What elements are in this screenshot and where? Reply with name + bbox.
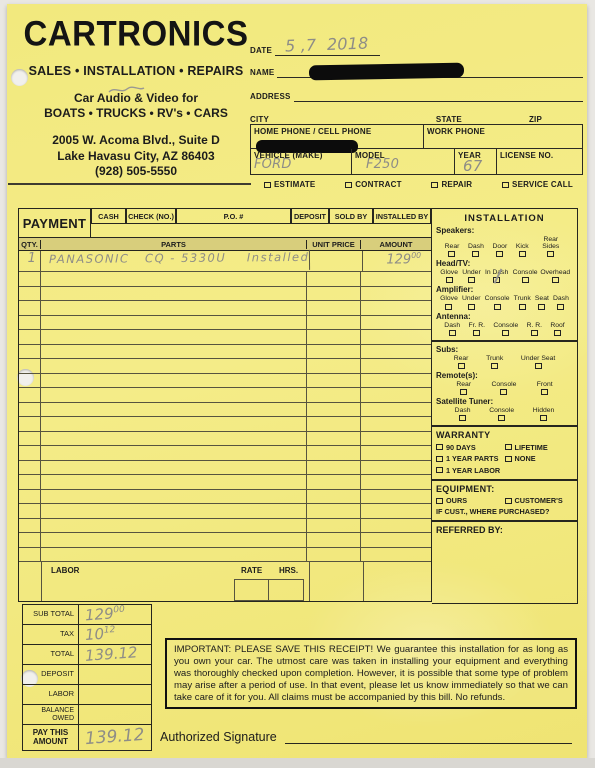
checkbox-icon [491, 363, 498, 369]
guarantee-notice: IMPORTANT: PLEASE SAVE THIS RECEIPT! We … [165, 638, 577, 709]
option-label: Rear [456, 381, 471, 388]
checkbox-icon [522, 277, 529, 283]
equipment-option-label: CUSTOMER'S [515, 496, 563, 505]
head-tv-label: Head/TV: [436, 259, 573, 268]
speakers-group: Speakers: RearDashDoorKickRear Sides [436, 226, 573, 257]
option-label: Under [462, 269, 481, 276]
empty-qty-cell [19, 461, 41, 475]
balance-owed-row: BALANCE OWED [22, 705, 152, 725]
checkbox-icon [498, 415, 505, 421]
antenna-group: Antenna: DashFr. R.ConsoleR. R.Roof [436, 312, 573, 336]
total-label: TOTAL [23, 645, 79, 664]
labor-total-label: LABOR [23, 685, 79, 704]
option-label: Seat [535, 295, 549, 302]
section-divider [432, 479, 577, 481]
checkbox-icon [446, 277, 453, 283]
warranty-option-label: 1 YEAR LABOR [446, 466, 500, 475]
empty-qty-cell [19, 388, 41, 402]
labor-total-value [79, 685, 151, 704]
empty-qty-cell [19, 519, 41, 533]
installed-by-header: INSTALLED BY [373, 209, 431, 224]
empty-table-row [19, 374, 431, 389]
empty-qty-cell [19, 446, 41, 460]
checkbox-icon [519, 304, 526, 310]
empty-parts-cell [41, 316, 307, 330]
warranty-option: 1 YEAR LABOR [436, 466, 505, 475]
rate-label: RATE [241, 566, 262, 575]
date-field: DATE 5 ,7 2018 [250, 42, 583, 56]
checkbox-icon [505, 444, 512, 450]
checkbox-icon [460, 389, 467, 395]
option-label: Roof [550, 322, 564, 329]
checkbox-icon [431, 182, 438, 188]
rate-cell [235, 580, 269, 600]
install-option: Under Seat [521, 355, 555, 369]
city-state-zip-field: CITY STATE ZIP [250, 111, 583, 125]
install-option: Hidden [533, 407, 555, 421]
date-handwritten: 5 ,7 2018 [285, 34, 369, 56]
address-label: ADDRESS [250, 92, 291, 102]
empty-parts-cell [41, 461, 307, 475]
totals-table: SUB TOTAL 12900 TAX 1012 TOTAL 139.12 DE… [22, 604, 152, 751]
empty-unit-price-cell [307, 316, 361, 330]
empty-parts-cell [41, 417, 307, 431]
checkbox-icon [502, 330, 509, 336]
empty-qty-cell [19, 490, 41, 504]
warranty-option-label: 90 DAYS [446, 443, 476, 452]
checkbox-icon [496, 251, 503, 257]
scan-edge [0, 758, 595, 768]
install-option: Under [462, 269, 481, 283]
empty-unit-price-cell [307, 461, 361, 475]
checkbox-icon [472, 251, 479, 257]
install-option: Rear [456, 381, 471, 395]
equipment-note: IF CUST., WHERE PURCHASED? [436, 507, 573, 516]
warranty-option: LIFETIME [505, 443, 574, 452]
line-item-unit-price [310, 251, 363, 271]
pay-this-amount-value: 139.12 [79, 725, 151, 750]
checkbox-icon [436, 498, 443, 504]
empty-amount-cell [361, 461, 431, 475]
section-divider [432, 340, 577, 342]
install-option: Dash [455, 407, 471, 421]
head-tv-group: Head/TV: GloveUnderIn DashConsoleOverhea… [436, 259, 573, 283]
empty-unit-price-cell [307, 403, 361, 417]
empty-unit-price-cell [307, 548, 361, 562]
install-option: Trunk [514, 295, 531, 309]
empty-amount-cell [361, 345, 431, 359]
checkbox-icon [448, 251, 455, 257]
empty-amount-cell [361, 388, 431, 402]
payment-header-row: PAYMENT CASH CHECK (NO.) P.O. # DEPOSIT … [19, 209, 431, 237]
empty-unit-price-cell [307, 490, 361, 504]
warranty-option-label: NONE [515, 454, 536, 463]
checkbox-icon [538, 304, 545, 310]
empty-unit-price-cell [307, 446, 361, 460]
name-field: NAME [250, 64, 583, 78]
business-header: CARTRONICS SALES • INSTALLATION • REPAIR… [19, 16, 253, 180]
satellite-label: Satellite Tuner: [436, 397, 573, 406]
empty-amount-cell [361, 490, 431, 504]
labor-row: LABOR RATE HRS. [19, 562, 431, 601]
home-phone-label: HOME PHONE / CELL PHONE [254, 127, 371, 136]
signature-block: Authorized Signature [160, 730, 572, 744]
empty-amount-cell [361, 403, 431, 417]
empty-table-row [19, 548, 431, 563]
column-line [363, 562, 364, 601]
empty-parts-cell [41, 301, 307, 315]
address-line [294, 90, 583, 102]
option-label: Console [513, 269, 538, 276]
job-type-label: REPAIR [441, 180, 472, 189]
amount-cents: 00 [411, 251, 421, 260]
po-number-header: P.O. # [176, 209, 291, 224]
empty-qty-cell [19, 374, 41, 388]
option-label: Front [537, 381, 553, 388]
signature-line [285, 730, 572, 744]
empty-table-row [19, 287, 431, 302]
empty-amount-cell [361, 330, 431, 344]
empty-unit-price-cell [307, 519, 361, 533]
warranty-options: 90 DAYSLIFETIME1 YEAR PARTSNONE1 YEAR LA… [436, 440, 573, 475]
empty-qty-cell [19, 316, 41, 330]
empty-qty-cell [19, 287, 41, 301]
empty-unit-price-cell [307, 388, 361, 402]
empty-parts-cell [41, 432, 307, 446]
checkbox-icon [547, 251, 554, 257]
empty-amount-cell [361, 417, 431, 431]
option-label: Dash [553, 295, 569, 302]
amplifier-options: GloveUnderConsoleTrunkSeatDash [436, 295, 573, 309]
balance-owed-value [79, 705, 151, 724]
vehicle-year-handwritten: 67 [463, 157, 483, 175]
install-option: Dash [444, 322, 460, 336]
empty-qty-cell [19, 345, 41, 359]
checkbox-icon [500, 389, 507, 395]
name-line [277, 66, 583, 78]
empty-amount-cell [361, 316, 431, 330]
install-option: In Dash [485, 269, 508, 283]
warranty-option-label: 1 YEAR PARTS [446, 454, 498, 463]
subtotal-handwritten: 12900 [84, 604, 125, 625]
qty-column-header: QTY. [19, 240, 41, 249]
job-type-option: REPAIR [431, 178, 472, 191]
job-type-option: CONTRACT [345, 178, 401, 191]
rate-hrs-cells [234, 579, 304, 601]
checkbox-icon [519, 251, 526, 257]
empty-parts-cell [41, 475, 307, 489]
header-divider [8, 183, 251, 185]
tax-handwritten: 1012 [84, 624, 116, 644]
head-tv-options: GloveUnderIn DashConsoleOverhead [436, 269, 573, 283]
empty-amount-cell [361, 446, 431, 460]
parts-table: PAYMENT CASH CHECK (NO.) P.O. # DEPOSIT … [18, 208, 432, 602]
equipment-title: EQUIPMENT: [436, 484, 573, 494]
option-label: Trunk [486, 355, 503, 362]
pay-this-amount-row: PAY THIS AMOUNT 139.12 [22, 725, 152, 751]
option-label: Console [491, 381, 516, 388]
checkbox-icon [436, 444, 443, 450]
antenna-options: DashFr. R.ConsoleR. R.Roof [436, 322, 573, 336]
empty-table-row [19, 359, 431, 374]
empty-amount-cell [361, 432, 431, 446]
empty-unit-price-cell [307, 359, 361, 373]
empty-table-row [19, 345, 431, 360]
empty-rows [19, 272, 431, 562]
subs-options: RearTrunkUnder Seat [436, 355, 573, 369]
sold-by-header: SOLD BY [329, 209, 373, 224]
amount-column-header: AMOUNT [361, 240, 431, 249]
empty-table-row [19, 388, 431, 403]
install-option: Console [491, 381, 516, 395]
empty-qty-cell [19, 301, 41, 315]
empty-parts-cell [41, 533, 307, 547]
empty-amount-cell [361, 519, 431, 533]
phone-box: HOME PHONE / CELL PHONE WORK PHONE [250, 124, 583, 149]
address-field: ADDRESS [250, 88, 583, 102]
checkbox-icon [458, 363, 465, 369]
empty-amount-cell [361, 533, 431, 547]
speakers-options: RearDashDoorKickRear Sides [436, 236, 573, 257]
vehicle-box: VEHICLE (MAKE) FORD MODEL F250 YEAR 67 L… [250, 149, 583, 175]
subtotal-value: 12900 [79, 605, 151, 624]
amplifier-label: Amplifier: [436, 285, 573, 294]
empty-unit-price-cell [307, 330, 361, 344]
deposit-label: DEPOSIT [23, 665, 79, 684]
install-option: Front [537, 381, 553, 395]
hrs-label: HRS. [279, 566, 298, 575]
empty-parts-cell [41, 388, 307, 402]
empty-parts-cell [41, 345, 307, 359]
warranty-title: WARRANTY [436, 430, 573, 440]
amount-dollars: 129 [386, 252, 411, 267]
warranty-section: WARRANTY 90 DAYSLIFETIME1 YEAR PARTSNONE… [436, 430, 573, 475]
install-option: Rear [445, 243, 460, 257]
empty-table-row [19, 301, 431, 316]
option-label: Dash [444, 322, 460, 329]
installation-title: INSTALLATION [436, 213, 573, 224]
job-type-option: ESTIMATE [264, 178, 315, 191]
receipt-paper: CARTRONICS SALES • INSTALLATION • REPAIR… [7, 4, 587, 758]
hrs-cell [269, 580, 303, 600]
empty-parts-cell [41, 287, 307, 301]
install-option: Under [462, 295, 481, 309]
empty-table-row [19, 475, 431, 490]
install-option: Console [493, 322, 518, 336]
vehicle-year-cell: YEAR 67 [455, 149, 497, 174]
remotes-label: Remote(s): [436, 371, 573, 380]
equipment-option: OURS [436, 496, 505, 505]
job-type-label: SERVICE CALL [512, 180, 573, 189]
line-item-qty: 1 [19, 251, 41, 271]
option-label: Hidden [533, 407, 555, 414]
checkbox-icon [436, 467, 443, 473]
total-handwritten: 139.12 [84, 643, 138, 665]
business-phone: (928) 505-5550 [19, 164, 253, 180]
option-label: Dash [468, 243, 484, 250]
install-option: R. R. [527, 322, 542, 336]
speakers-label: Speakers: [436, 226, 573, 235]
satellite-group: Satellite Tuner: DashConsoleHidden [436, 397, 573, 421]
option-label: Kick [516, 243, 529, 250]
checkbox-icon [445, 304, 452, 310]
install-option: Console [489, 407, 514, 421]
empty-qty-cell [19, 475, 41, 489]
line-item-row: 1 PANASONIC CQ - 5330U Installed 12900 [19, 251, 431, 272]
labor-label: LABOR [51, 566, 79, 575]
install-option: Overhead [542, 269, 569, 283]
checkbox-icon [531, 330, 538, 336]
empty-qty-cell [19, 504, 41, 518]
empty-table-row [19, 519, 431, 534]
install-option: Rear Sides [537, 236, 564, 257]
empty-parts-cell [41, 359, 307, 373]
antenna-label: Antenna: [436, 312, 573, 321]
referred-by-label: REFERRED BY: [436, 525, 573, 535]
checkbox-icon [264, 182, 271, 188]
column-line [309, 562, 310, 601]
date-label: DATE [250, 46, 272, 56]
business-tagline: SALES • INSTALLATION • REPAIRS [19, 64, 253, 78]
warranty-option: 1 YEAR PARTS [436, 454, 505, 463]
cash-header: CASH [91, 209, 126, 224]
empty-qty-cell [19, 359, 41, 373]
install-option: Console [513, 269, 538, 283]
work-phone-cell: WORK PHONE [424, 125, 582, 148]
option-label: Console [485, 295, 510, 302]
parts-column-header-label: PARTS [41, 240, 307, 249]
empty-table-row [19, 533, 431, 548]
checkbox-icon [502, 182, 509, 188]
empty-amount-cell [361, 548, 431, 562]
empty-unit-price-cell [307, 504, 361, 518]
checkbox-icon [473, 330, 480, 336]
equipment-options: OURSCUSTOMER'S [436, 494, 573, 506]
pay-this-amount-label: PAY THIS AMOUNT [23, 725, 79, 750]
install-option: Fr. R. [468, 322, 485, 336]
empty-amount-cell [361, 301, 431, 315]
labor-total-row: LABOR [22, 685, 152, 705]
install-option: Dash [468, 243, 484, 257]
empty-parts-cell [41, 330, 307, 344]
vehicle-model-cell: MODEL F250 [352, 149, 455, 174]
empty-parts-cell [41, 490, 307, 504]
section-divider [432, 520, 577, 522]
option-label: Fr. R. [468, 322, 485, 329]
check-no-header: CHECK (NO.) [126, 209, 176, 224]
checkbox-icon [505, 456, 512, 462]
satellite-options: DashConsoleHidden [436, 407, 573, 421]
scanned-receipt: CARTRONICS SALES • INSTALLATION • REPAIR… [0, 0, 595, 768]
checkbox-icon [552, 277, 559, 283]
pay-amount-handwritten: 139.12 [84, 725, 145, 749]
license-cell: LICENSE NO. [497, 149, 582, 174]
empty-table-row [19, 446, 431, 461]
option-label: Rear [445, 243, 460, 250]
empty-parts-cell [41, 374, 307, 388]
option-label: Under Seat [521, 355, 555, 362]
checkbox-icon [535, 363, 542, 369]
vehicle-model-handwritten: F250 [366, 157, 399, 172]
option-label: Glove [440, 295, 458, 302]
checkbox-icon [459, 415, 466, 421]
license-label: LICENSE NO. [500, 151, 553, 160]
checkbox-icon [493, 277, 500, 283]
equipment-section: EQUIPMENT: OURSCUSTOMER'S IF CUST., WHER… [436, 484, 573, 517]
subtotal-label: SUB TOTAL [23, 605, 79, 624]
balance-owed-label: BALANCE OWED [23, 705, 79, 724]
total-value: 139.12 [79, 645, 151, 664]
install-option: Glove [440, 295, 458, 309]
install-option: Dash [553, 295, 569, 309]
section-divider [432, 425, 577, 427]
empty-amount-cell [361, 475, 431, 489]
empty-table-row [19, 490, 431, 505]
equipment-option: CUSTOMER'S [505, 496, 574, 505]
vehicle-make-handwritten: FORD [254, 157, 292, 172]
empty-qty-cell [19, 272, 41, 286]
job-type-option: SERVICE CALL [502, 178, 573, 191]
install-option: Door [492, 243, 507, 257]
empty-unit-price-cell [307, 374, 361, 388]
option-label: Door [492, 243, 507, 250]
amplifier-group: Amplifier: GloveUnderConsoleTrunkSeatDas… [436, 285, 573, 309]
install-option: Kick [516, 243, 529, 257]
tax-label: TAX [23, 625, 79, 644]
subs-group: Subs: RearTrunkUnder Seat [436, 345, 573, 369]
empty-parts-cell [41, 272, 307, 286]
job-type-label: ESTIMATE [274, 180, 315, 189]
warranty-option: NONE [505, 454, 574, 463]
option-label: R. R. [527, 322, 542, 329]
equipment-option-label: OURS [446, 496, 467, 505]
empty-table-row [19, 461, 431, 476]
date-line: 5 ,7 2018 [275, 44, 380, 56]
empty-amount-cell [361, 287, 431, 301]
remotes-group: Remote(s): RearConsoleFront [436, 371, 573, 395]
installation-panel: INSTALLATION Speakers: RearDashDoorKickR… [432, 208, 578, 604]
empty-table-row [19, 272, 431, 287]
checkbox-icon [557, 304, 564, 310]
install-option: Trunk [486, 355, 503, 369]
work-phone-label: WORK PHONE [427, 127, 485, 136]
empty-amount-cell [361, 374, 431, 388]
empty-parts-cell [41, 504, 307, 518]
checkbox-icon [449, 330, 456, 336]
empty-table-row [19, 417, 431, 432]
checkbox-icon [505, 498, 512, 504]
column-line [41, 562, 42, 601]
option-label: Trunk [514, 295, 531, 302]
checkbox-icon [540, 415, 547, 421]
option-label: Under [462, 295, 481, 302]
empty-unit-price-cell [307, 432, 361, 446]
empty-qty-cell [19, 533, 41, 547]
deposit-header: DEPOSIT [291, 209, 329, 224]
payment-label: PAYMENT [19, 209, 91, 237]
empty-qty-cell [19, 417, 41, 431]
install-option: Seat [535, 295, 549, 309]
subs-label: Subs: [436, 345, 573, 354]
empty-qty-cell [19, 432, 41, 446]
empty-parts-cell [41, 548, 307, 562]
business-address: 2005 W. Acoma Blvd., Suite D Lake Havasu… [19, 133, 253, 180]
name-redaction-bar [309, 63, 464, 81]
empty-unit-price-cell [307, 475, 361, 489]
checkbox-icon [494, 304, 501, 310]
checkbox-icon [554, 330, 561, 336]
option-label: Glove [440, 269, 458, 276]
